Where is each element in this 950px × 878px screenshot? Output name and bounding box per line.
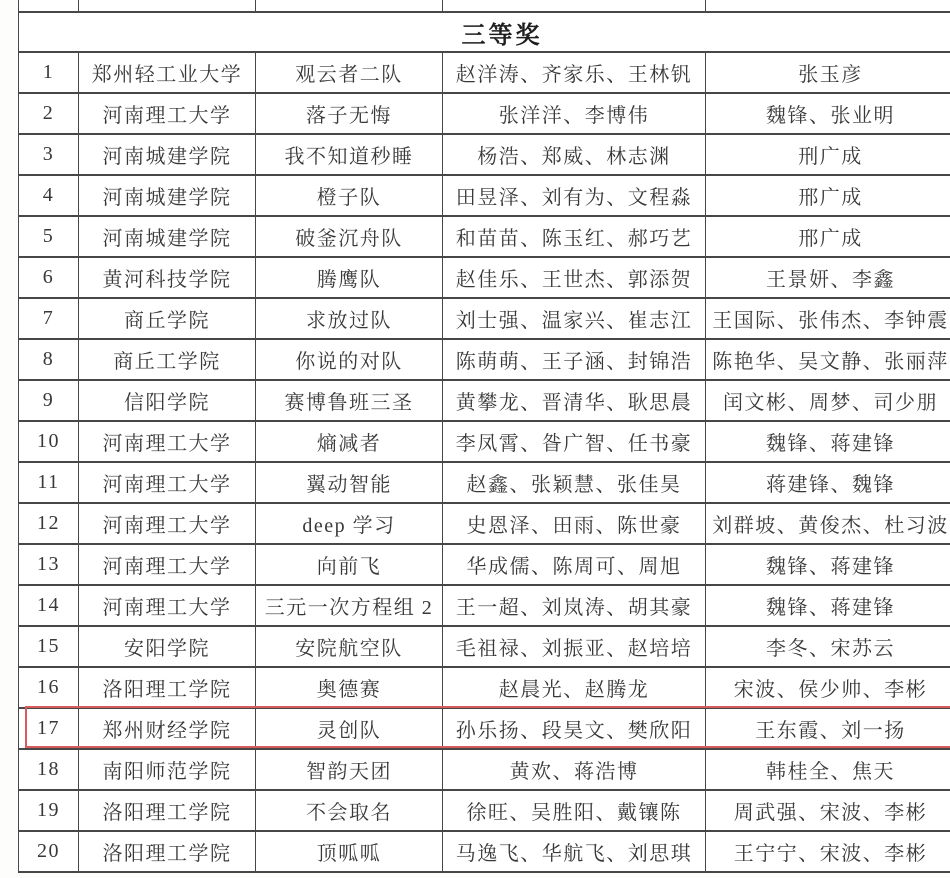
cell-no: 10 [19,421,79,462]
table-row: 10河南理工大学熵减者李凤霄、昝广智、任书豪魏锋、蒋建锋 [19,421,950,462]
cell-no: 19 [19,790,79,831]
cell-no: 3 [19,134,79,175]
cell-team: 求放过队 [256,298,443,339]
cell-team: 翼动智能 [256,462,443,503]
cell-members: 张洋洋、李博伟 [443,93,706,134]
cell-school: 河南城建学院 [79,216,256,257]
cropped-row-top [19,0,950,12]
cell-no: 14 [19,585,79,626]
table-row: 5河南城建学院破釜沉舟队和苗苗、陈玉红、郝巧艺邢广成 [19,216,950,257]
table-body: 1郑州轻工业大学观云者二队赵洋涛、齐家乐、王林钒张玉彦2河南理工大学落子无悔张洋… [19,52,950,872]
table-row: 1郑州轻工业大学观云者二队赵洋涛、齐家乐、王林钒张玉彦 [19,52,950,93]
section-header-row: 三等奖 [19,12,950,52]
table-row: 12河南理工大学deep 学习史恩泽、田雨、陈世豪刘群坡、黄俊杰、杜习波 [19,503,950,544]
cell-members: 马逸飞、华航飞、刘思琪 [443,831,706,872]
cell-no: 11 [19,462,79,503]
cell-school: 商丘学院 [79,298,256,339]
cell-members: 黄欢、蒋浩博 [443,749,706,790]
table-row: 19洛阳理工学院不会取名徐旺、吴胜阳、戴镶陈周武强、宋波、李彬 [19,790,950,831]
table-row: 20洛阳理工学院顶呱呱马逸飞、华航飞、刘思琪王宁宁、宋波、李彬 [19,831,950,872]
cell-members: 黄攀龙、晋清华、耿思晨 [443,380,706,421]
cell-advisors: 宋波、侯少帅、李彬 [706,667,950,708]
cell-no: 17 [19,708,79,749]
cell-advisors: 李冬、宋苏云 [706,626,950,667]
cell-no: 8 [19,339,79,380]
cell-advisors: 邢广成 [706,175,950,216]
cell-advisors: 王宁宁、宋波、李彬 [706,831,950,872]
cell-team: 三元一次方程组 2 [256,585,443,626]
cell-team: 我不知道秒睡 [256,134,443,175]
cell-team: 安院航空队 [256,626,443,667]
cell-advisors: 张玉彦 [706,52,950,93]
partial-cell [19,0,79,12]
cell-no: 5 [19,216,79,257]
cell-members: 赵洋涛、齐家乐、王林钒 [443,52,706,93]
table-row: 14河南理工大学三元一次方程组 2王一超、刘岚涛、胡其豪魏锋、蒋建锋 [19,585,950,626]
cell-members: 李凤霄、昝广智、任书豪 [443,421,706,462]
cell-team: 你说的对队 [256,339,443,380]
cell-school: 信阳学院 [79,380,256,421]
cell-school: 河南城建学院 [79,175,256,216]
cell-school: 河南理工大学 [79,462,256,503]
cell-school: 南阳师范学院 [79,749,256,790]
cell-school: 郑州轻工业大学 [79,52,256,93]
cell-advisors: 陈艳华、吴文静、张丽萍 [706,339,950,380]
cell-members: 赵佳乐、王世杰、郭添贺 [443,257,706,298]
cell-team: deep 学习 [256,503,443,544]
cell-team: 不会取名 [256,790,443,831]
cell-advisors: 魏锋、蒋建锋 [706,544,950,585]
partial-cell [706,0,950,12]
cell-team: 灵创队 [256,708,443,749]
cell-members: 陈萌萌、王子涵、封锦浩 [443,339,706,380]
cell-no: 9 [19,380,79,421]
cell-team: 观云者二队 [256,52,443,93]
cell-school: 洛阳理工学院 [79,667,256,708]
cell-advisors: 邢广成 [706,216,950,257]
cell-members: 赵鑫、张颖慧、张佳昊 [443,462,706,503]
cell-school: 黄河科技学院 [79,257,256,298]
cell-school: 河南理工大学 [79,421,256,462]
cell-advisors: 魏锋、张业明 [706,93,950,134]
cell-members: 刘士强、温家兴、崔志江 [443,298,706,339]
document-page: 三等奖 1郑州轻工业大学观云者二队赵洋涛、齐家乐、王林钒张玉彦2河南理工大学落子… [0,0,950,878]
cell-team: 赛博鲁班三圣 [256,380,443,421]
table-row: 6黄河科技学院腾鹰队赵佳乐、王世杰、郭添贺王景妍、李鑫 [19,257,950,298]
cell-members: 田昱泽、刘有为、文程淼 [443,175,706,216]
table-row: 17郑州财经学院灵创队孙乐扬、段昊文、樊欣阳王东霞、刘一扬 [19,708,950,749]
cell-school: 洛阳理工学院 [79,790,256,831]
table-row: 16洛阳理工学院奥德赛赵晨光、赵腾龙宋波、侯少帅、李彬 [19,667,950,708]
cell-advisors: 魏锋、蒋建锋 [706,585,950,626]
section-title: 三等奖 [19,12,950,52]
cell-no: 6 [19,257,79,298]
cell-members: 孙乐扬、段昊文、樊欣阳 [443,708,706,749]
cell-team: 腾鹰队 [256,257,443,298]
table-row: 4河南城建学院橙子队田昱泽、刘有为、文程淼邢广成 [19,175,950,216]
cell-members: 杨浩、郑威、林志渊 [443,134,706,175]
cell-members: 史恩泽、田雨、陈世豪 [443,503,706,544]
cell-no: 1 [19,52,79,93]
table-row: 13河南理工大学向前飞华成儒、陈周可、周旭魏锋、蒋建锋 [19,544,950,585]
cell-advisors: 王景妍、李鑫 [706,257,950,298]
cell-school: 河南理工大学 [79,93,256,134]
table-row: 18南阳师范学院智韵天团黄欢、蒋浩博韩桂全、焦天 [19,749,950,790]
cell-school: 洛阳理工学院 [79,831,256,872]
cell-school: 河南城建学院 [79,134,256,175]
cell-no: 20 [19,831,79,872]
cell-team: 奥德赛 [256,667,443,708]
cell-school: 商丘工学院 [79,339,256,380]
cell-school: 河南理工大学 [79,585,256,626]
cell-team: 熵减者 [256,421,443,462]
cell-members: 华成儒、陈周可、周旭 [443,544,706,585]
cell-school: 安阳学院 [79,626,256,667]
cell-advisors: 韩桂全、焦天 [706,749,950,790]
awards-table: 三等奖 1郑州轻工业大学观云者二队赵洋涛、齐家乐、王林钒张玉彦2河南理工大学落子… [18,0,950,873]
cell-no: 15 [19,626,79,667]
cell-advisors: 魏锋、蒋建锋 [706,421,950,462]
cell-school: 河南理工大学 [79,503,256,544]
cell-advisors: 闰文彬、周梦、司少朋 [706,380,950,421]
cell-advisors: 蒋建锋、魏锋 [706,462,950,503]
cell-advisors: 刑广成 [706,134,950,175]
cell-no: 2 [19,93,79,134]
cell-team: 落子无悔 [256,93,443,134]
cell-no: 7 [19,298,79,339]
cell-team: 破釜沉舟队 [256,216,443,257]
cell-advisors: 王国际、张伟杰、李钟震 [706,298,950,339]
cell-members: 王一超、刘岚涛、胡其豪 [443,585,706,626]
table-row: 3河南城建学院我不知道秒睡杨浩、郑威、林志渊刑广成 [19,134,950,175]
partial-cell [443,0,706,12]
table-row: 15安阳学院安院航空队毛祖禄、刘振亚、赵培培李冬、宋苏云 [19,626,950,667]
cell-school: 郑州财经学院 [79,708,256,749]
cell-no: 12 [19,503,79,544]
partial-cell [256,0,443,12]
cell-members: 徐旺、吴胜阳、戴镶陈 [443,790,706,831]
cell-team: 橙子队 [256,175,443,216]
cell-team: 向前飞 [256,544,443,585]
cell-no: 13 [19,544,79,585]
table-row: 7商丘学院求放过队刘士强、温家兴、崔志江王国际、张伟杰、李钟震 [19,298,950,339]
cell-advisors: 周武强、宋波、李彬 [706,790,950,831]
cell-members: 毛祖禄、刘振亚、赵培培 [443,626,706,667]
cell-members: 赵晨光、赵腾龙 [443,667,706,708]
cell-no: 18 [19,749,79,790]
cell-team: 顶呱呱 [256,831,443,872]
table-row: 8商丘工学院你说的对队陈萌萌、王子涵、封锦浩陈艳华、吴文静、张丽萍 [19,339,950,380]
cell-school: 河南理工大学 [79,544,256,585]
cell-no: 16 [19,667,79,708]
cell-advisors: 刘群坡、黄俊杰、杜习波 [706,503,950,544]
table-row: 2河南理工大学落子无悔张洋洋、李博伟魏锋、张业明 [19,93,950,134]
cell-no: 4 [19,175,79,216]
table-row: 11河南理工大学翼动智能赵鑫、张颖慧、张佳昊蒋建锋、魏锋 [19,462,950,503]
cell-team: 智韵天团 [256,749,443,790]
cell-advisors: 王东霞、刘一扬 [706,708,950,749]
partial-cell [79,0,256,12]
cell-members: 和苗苗、陈玉红、郝巧艺 [443,216,706,257]
table-row: 9信阳学院赛博鲁班三圣黄攀龙、晋清华、耿思晨闰文彬、周梦、司少朋 [19,380,950,421]
